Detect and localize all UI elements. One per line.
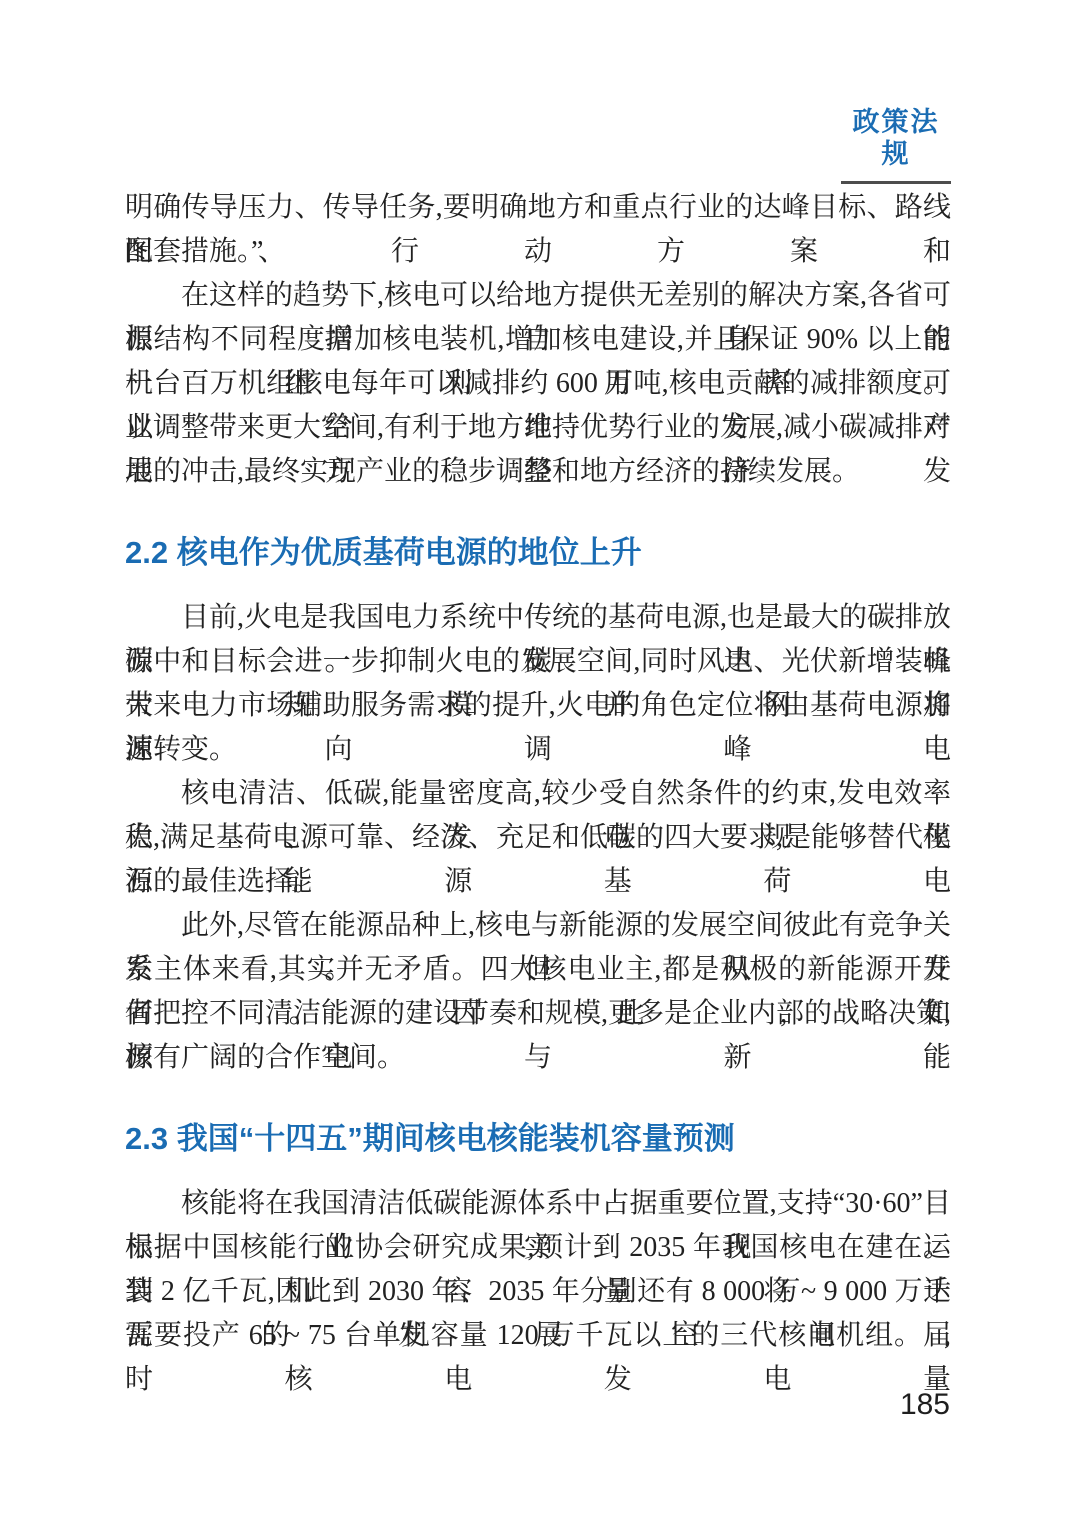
section-heading-2-2: 2.2 核电作为优质基荷电源的地位上升	[125, 534, 951, 572]
text-line: 展的冲击,最终实现产业的稳步调整和地方经济的持续发展。	[125, 450, 951, 494]
page-number: 185	[900, 1388, 950, 1422]
paragraph-trend: 在这样的趋势下,核电可以给地方提供无差别的解决方案,各省可根据自身能 源结构不同…	[125, 274, 951, 494]
text-line: 碳中和目标会进一步抑制火电的发展空间,同时风电、光伏新增装机大规模并网将	[125, 640, 951, 684]
document-page: 政策法规 明确传导压力、传导任务,要明确地方和重点行业的达峰目标、路线图、行动方…	[0, 0, 1077, 1531]
text-line: 明确传导压力、传导任务,要明确地方和重点行业的达峰目标、路线图、行动方案和	[125, 186, 951, 230]
text-line: 核能将在我国清洁低碳能源体系中占据重要位置,支持“30·60”目标的实现。	[125, 1182, 951, 1226]
paragraph-nuclear-advantages: 核电清洁、低碳,能量密度高,较少受自然条件的约束,发电效率稳、发电规模 大,满足…	[125, 772, 951, 904]
paragraph-cooperation: 此外,尽管在能源品种上,核电与新能源的发展空间彼此有竞争关系。但从开 发主体来看…	[125, 904, 951, 1080]
column-title-underline	[841, 181, 951, 184]
text-line: 需要投产 65 ~ 75 台单机容量 120 万千瓦以上的三代核电机组。届时核电…	[125, 1314, 951, 1358]
text-line: 到 2 亿千瓦,因此到 2030 年、2035 年分别还有 8 000 万~ 9…	[125, 1270, 951, 1314]
text-line: 核电清洁、低碳,能量密度高,较少受自然条件的约束,发电效率稳、发电规模	[125, 772, 951, 816]
paragraph-capacity-forecast: 核能将在我国清洁低碳能源体系中占据重要位置,支持“30·60”目标的实现。 根据…	[125, 1182, 951, 1358]
page-body: 明确传导压力、传导任务,要明确地方和重点行业的达峰目标、路线图、行动方案和 配套…	[125, 186, 951, 1358]
text-line: 一台百万机组核电每年可以减排约 600 万吨,核电贡献的减排额度可以给地方产	[125, 362, 951, 406]
text-line: 业调整带来更大空间,有利于地方维持优势行业的发展,减小碳减排对地方经济发	[125, 406, 951, 450]
text-line: 带来电力市场辅助服务需求的提升,火电的角色定位将由基荷电源加速向调峰电	[125, 684, 951, 728]
text-line: 大,满足基荷电源可靠、经济、充足和低碳的四大要求,是能够替代化石能源基荷电	[125, 816, 951, 860]
text-line: 根据中国核能行业协会研究成果,预计到 2035 年我国核电在建在运装机容量将达	[125, 1226, 951, 1270]
column-header: 政策法规	[841, 106, 951, 184]
text-line: 发主体来看,其实并无矛盾。四大核电业主,都是积极的新能源开发者。因此,如	[125, 948, 951, 992]
column-title: 政策法规	[841, 106, 951, 170]
text-line: 何把控不同清洁能源的建设节奏和规模,更多是企业内部的战略决策,核电与新能	[125, 992, 951, 1036]
text-line: 在这样的趋势下,核电可以给地方提供无差别的解决方案,各省可根据自身能	[125, 274, 951, 318]
section-heading-2-3: 2.3 我国“十四五”期间核电核能装机容量预测	[125, 1120, 951, 1158]
text-line: 目前,火电是我国电力系统中传统的基荷电源,也是最大的碳排放源。碳达峰	[125, 596, 951, 640]
text-line: 此外,尽管在能源品种上,核电与新能源的发展空间彼此有竞争关系。但从开	[125, 904, 951, 948]
paragraph-continuation: 明确传导压力、传导任务,要明确地方和重点行业的达峰目标、路线图、行动方案和 配套…	[125, 186, 951, 274]
paragraph-thermal-power: 目前,火电是我国电力系统中传统的基荷电源,也是最大的碳排放源。碳达峰 碳中和目标…	[125, 596, 951, 772]
text-line: 源结构不同程度增加核电装机,增加核电建设,并且保证 90% 以上的机组利用率。	[125, 318, 951, 362]
